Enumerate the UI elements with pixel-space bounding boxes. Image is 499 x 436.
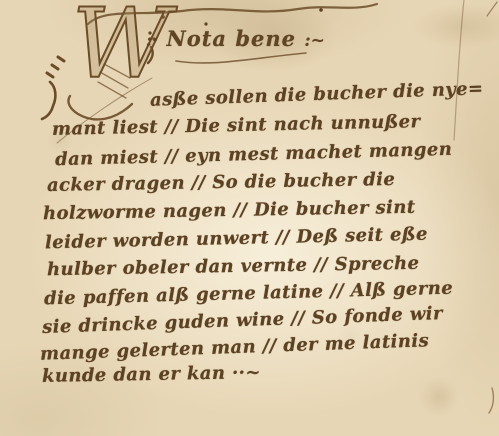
heading: :· Nota bene :~ <box>146 26 325 51</box>
manuscript-line: kunde dan er kan ··~ <box>42 362 261 387</box>
corner-stroke <box>487 2 497 16</box>
heading-title: Nota bene <box>167 26 297 51</box>
bottom-right-tick <box>489 388 493 413</box>
manuscript-page: W :· Nota bene :~ asße sollen die bucher… <box>0 0 499 436</box>
page-edge-crease <box>454 0 464 140</box>
margin-dashes <box>47 57 64 77</box>
margin-comma <box>42 82 55 119</box>
heading-underline <box>176 53 306 63</box>
heading-ornament-right: :~ <box>304 31 325 51</box>
heading-ornament-left: :· <box>146 31 158 51</box>
